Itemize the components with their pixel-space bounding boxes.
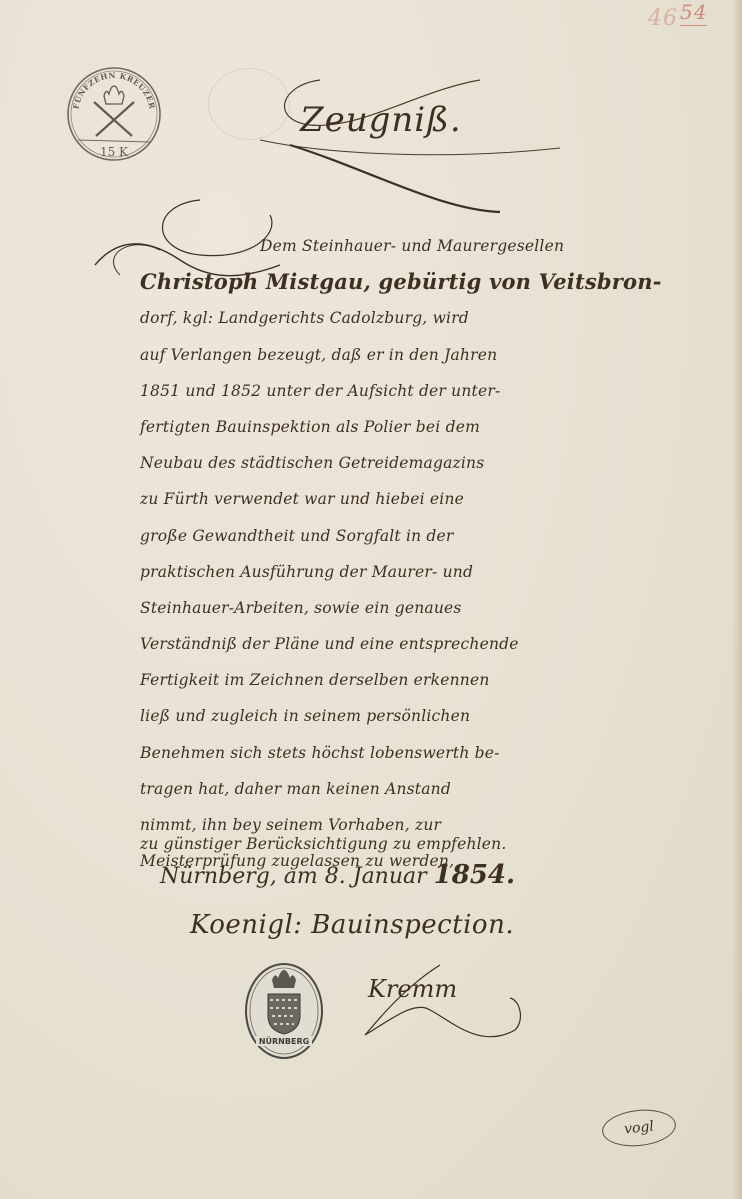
body-line: Verständniß der Pläne und eine entsprech… (110, 626, 730, 662)
document-title: Zeugniß. (300, 100, 462, 140)
body-line: Christoph Mistgau, gebürtig von Veitsbro… (110, 264, 730, 300)
document-page: 4654 FÜNFZEHN KREUZER 15 K Zeugniß. Dem … (0, 0, 742, 1199)
tax-stamp-icon: FÜNFZEHN KREUZER 15 K (64, 66, 164, 162)
body-line: tragen hat, daher man keinen Anstand (110, 771, 730, 807)
margin-note: vogl (600, 1106, 677, 1150)
issuing-authority: Koenigl: Bauinspection. (190, 910, 514, 940)
seal-city: NÜRNBERG (259, 1036, 309, 1046)
body-line: 1851 und 1852 unter der Aufsicht der unt… (110, 373, 730, 409)
embossed-seal (208, 68, 290, 140)
body-line: ließ und zugleich in seinem persönlichen (110, 698, 730, 734)
body-line: große Gewandtheit und Sorgfalt in der (110, 518, 730, 554)
body-line: fertigten Bauinspektion als Polier bei d… (110, 409, 730, 445)
title-flourish-icon (250, 70, 570, 230)
body-line: Dem Steinhauer- und Maurergesellen (110, 228, 730, 264)
body-line: Fertigkeit im Zeichnen derselben erkenne… (110, 662, 730, 698)
body-line: zu Fürth verwendet war und hiebei eine (110, 481, 730, 517)
archive-number-main: 54 (680, 0, 707, 26)
certificate-body: Dem Steinhauer- und Maurergesellen Chris… (110, 228, 730, 879)
body-line: praktischen Ausführung der Maurer- und (110, 554, 730, 590)
body-line: auf Verlangen bezeugt, daß er in den Jah… (110, 337, 730, 373)
official-seal-icon: NÜRNBERG (244, 962, 324, 1060)
body-line: Neubau des städtischen Getreidemagazins (110, 445, 730, 481)
body-line: zu günstiger Berücksichtigung zu empfehl… (110, 826, 730, 862)
signature: Kremm (368, 975, 457, 1003)
archive-number-faint: 46 (648, 6, 678, 31)
place-date: Nürnberg, am 8. Januar 1854. (160, 860, 515, 890)
paper-edge (732, 0, 742, 1199)
body-line: dorf, kgl: Landgerichts Cadolzburg, wird (110, 300, 730, 336)
archive-number: 4654 (648, 6, 707, 31)
tax-stamp-value: 15 K (100, 145, 129, 159)
place-date-text: Nürnberg, am 8. Januar (160, 864, 427, 889)
body-line: Benehmen sich stets höchst lobenswerth b… (110, 735, 730, 771)
place-date-year: 1854. (434, 860, 515, 890)
body-line: Steinhauer-Arbeiten, sowie ein genaues (110, 590, 730, 626)
certificate-body-closing: zu günstiger Berücksichtigung zu empfehl… (110, 826, 730, 862)
